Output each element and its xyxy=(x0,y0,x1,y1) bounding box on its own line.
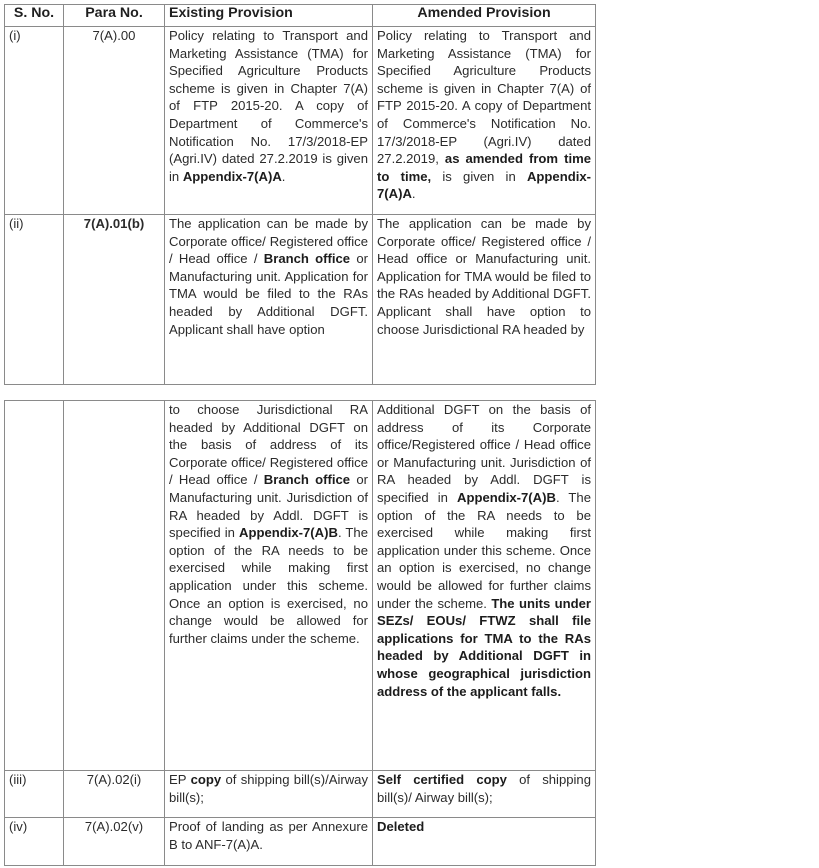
row-sno: (iv) xyxy=(5,818,64,866)
existing-appendix-ref: Appendix-7(A)A xyxy=(183,169,282,184)
amended-provision-cell: Policy relating to Transport and Marketi… xyxy=(373,27,596,215)
amended-text-2: is given in xyxy=(431,169,527,184)
table-row: (i) 7(A).00 Policy relating to Transport… xyxy=(5,27,596,215)
table-row: (iv) 7(A).02(v) Proof of landing as per … xyxy=(5,818,596,866)
amended-provision-cell: Self certified copy of shipping bill(s)/… xyxy=(373,771,596,818)
row-para-no-empty xyxy=(64,401,165,771)
header-para-no: Para No. xyxy=(64,5,165,27)
amended-provision-cell: The application can be made by Corporate… xyxy=(373,215,596,385)
existing-highlight: copy xyxy=(191,772,222,787)
provisions-table-page-1: S. No. Para No. Existing Provision Amend… xyxy=(4,4,596,385)
header-sno: S. No. xyxy=(5,5,64,27)
row-para-no: 7(A).02(v) xyxy=(64,818,165,866)
existing-provision-cell: The application can be made by Corporate… xyxy=(165,215,373,385)
table-header-row: S. No. Para No. Existing Provision Amend… xyxy=(5,5,596,27)
existing-text: EP xyxy=(169,772,191,787)
row-para-no: 7(A).00 xyxy=(64,27,165,215)
amended-appendix-ref: Appendix-7(A)B xyxy=(457,490,556,505)
existing-provision-cell: EP copy of shipping bill(s)/Airway bill(… xyxy=(165,771,373,818)
existing-tail: . xyxy=(282,169,286,184)
amended-deleted-label: Deleted xyxy=(377,819,424,834)
amended-provision-cell: Additional DGFT on the basis of address … xyxy=(373,401,596,771)
amended-text-2: . The option of the RA needs to be exerc… xyxy=(377,490,591,611)
row-sno-empty xyxy=(5,401,64,771)
table-row: (ii) 7(A).01(b) The application can be m… xyxy=(5,215,596,385)
amended-highlight: Self certified copy xyxy=(377,772,507,787)
row-sno: (ii) xyxy=(5,215,64,385)
amended-provision-cell: Deleted xyxy=(373,818,596,866)
header-existing-provision: Existing Provision xyxy=(165,5,373,27)
existing-text: Policy relating to Transport and Marketi… xyxy=(169,28,368,184)
row-para-no: 7(A).01(b) xyxy=(64,215,165,385)
row-sno: (iii) xyxy=(5,771,64,818)
header-amended-provision: Amended Provision xyxy=(373,5,596,27)
row-sno: (i) xyxy=(5,27,64,215)
table-row-continued: to choose Jurisdictional RA headed by Ad… xyxy=(5,401,596,771)
existing-provision-cell: Proof of landing as per Annexure B to AN… xyxy=(165,818,373,866)
amended-tail: . xyxy=(412,186,416,201)
existing-highlight: Branch office xyxy=(264,251,350,266)
existing-text-3: . The option of the RA needs to be exerc… xyxy=(169,525,368,646)
provisions-table-page-2: to choose Jurisdictional RA headed by Ad… xyxy=(4,400,596,866)
amended-text: The application can be made by Corporate… xyxy=(377,216,591,337)
existing-appendix-ref: Appendix-7(A)B xyxy=(239,525,338,540)
table-row: (iii) 7(A).02(i) EP copy of shipping bil… xyxy=(5,771,596,818)
row-para-no: 7(A).02(i) xyxy=(64,771,165,818)
existing-highlight: Branch office xyxy=(264,472,350,487)
existing-provision-cell: to choose Jurisdictional RA headed by Ad… xyxy=(165,401,373,771)
existing-text: Proof of landing as per Annexure B to AN… xyxy=(169,819,368,852)
amended-text: Policy relating to Transport and Marketi… xyxy=(377,28,591,166)
existing-provision-cell: Policy relating to Transport and Marketi… xyxy=(165,27,373,215)
